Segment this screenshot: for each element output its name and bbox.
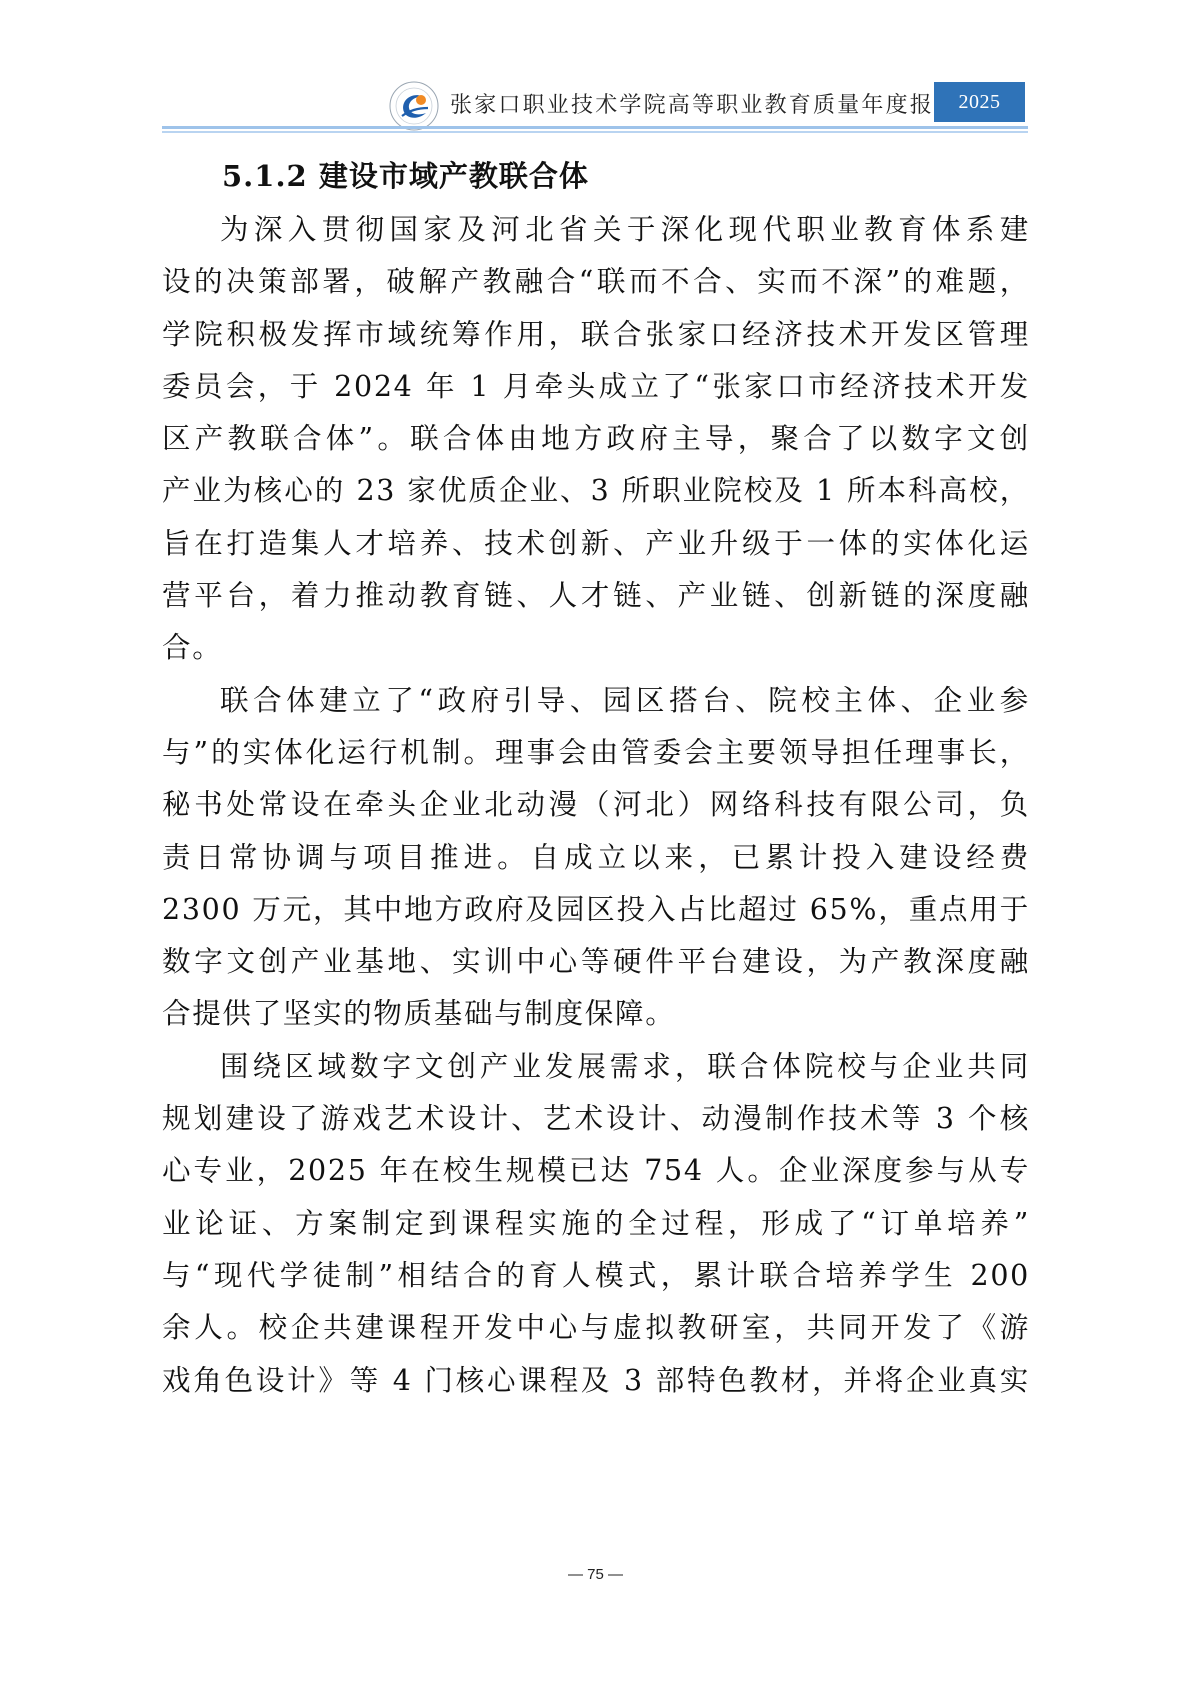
page-header: 张家口职业技术学院高等职业教育质量年度报告 2025 bbox=[0, 0, 1191, 140]
page-number: — 75 — bbox=[0, 1566, 1191, 1583]
college-emblem-icon bbox=[388, 80, 440, 132]
text-line: 旨在打造集人才培养、技术创新、产业升级于一体的实体化运 bbox=[162, 518, 1030, 570]
text-line: 与“现代学徒制”相结合的育人模式，累计联合培养学生 200 bbox=[162, 1250, 1030, 1302]
text-line: 学院积极发挥市域统筹作用，联合张家口经济技术开发区管理 bbox=[162, 309, 1030, 361]
text-line: 余人。校企共建课程开发中心与虚拟教研室，共同开发了《游 bbox=[162, 1302, 1030, 1354]
text-line: 围绕区域数字文创产业发展需求，联合体院校与企业共同 bbox=[162, 1041, 1030, 1093]
text-line: 联合体建立了“政府引导、园区搭台、院校主体、企业参 bbox=[162, 675, 1030, 727]
report-title: 张家口职业技术学院高等职业教育质量年度报告 bbox=[450, 88, 958, 119]
paragraph-3: 围绕区域数字文创产业发展需求，联合体院校与企业共同 规划建设了游戏艺术设计、艺术… bbox=[162, 1041, 1030, 1407]
year-badge: 2025 bbox=[934, 82, 1025, 122]
text-line: 营平台，着力推动教育链、人才链、产业链、创新链的深度融 bbox=[162, 570, 1030, 622]
text-line: 为深入贯彻国家及河北省关于深化现代职业教育体系建 bbox=[162, 204, 1030, 256]
text-line: 数字文创产业基地、实训中心等硬件平台建设，为产教深度融 bbox=[162, 936, 1030, 988]
header-divider bbox=[162, 126, 1028, 129]
text-line: 与”的实体化运行机制。理事会由管委会主要领导担任理事长， bbox=[162, 727, 1030, 779]
paragraph-1: 为深入贯彻国家及河北省关于深化现代职业教育体系建 设的决策部署，破解产教融合“联… bbox=[162, 204, 1030, 675]
text-line: 心专业，2025 年在校生规模已达 754 人。企业深度参与从专 bbox=[162, 1145, 1030, 1197]
text-line: 责日常协调与项目推进。自成立以来，已累计投入建设经费 bbox=[162, 832, 1030, 884]
text-line: 合提供了坚实的物质基础与制度保障。 bbox=[162, 988, 1030, 1040]
page-content: 5.1.2 建设市域产教联合体 为深入贯彻国家及河北省关于深化现代职业教育体系建… bbox=[162, 148, 1030, 1407]
text-line: 设的决策部署，破解产教融合“联而不合、实而不深”的难题， bbox=[162, 256, 1030, 308]
text-line: 合。 bbox=[162, 622, 1030, 674]
text-line: 秘书处常设在牵头企业北动漫（河北）网络科技有限公司，负 bbox=[162, 779, 1030, 831]
text-line: 2300 万元，其中地方政府及园区投入占比超过 65%，重点用于 bbox=[162, 884, 1030, 936]
header-divider-secondary bbox=[162, 131, 1028, 133]
text-line: 委员会，于 2024 年 1 月牵头成立了“张家口市经济技术开发 bbox=[162, 361, 1030, 413]
text-line: 戏角色设计》等 4 门核心课程及 3 部特色教材，并将企业真实 bbox=[162, 1355, 1030, 1407]
text-line: 产业为核心的 23 家优质企业、3 所职业院校及 1 所本科高校， bbox=[162, 465, 1030, 517]
text-line: 规划建设了游戏艺术设计、艺术设计、动漫制作技术等 3 个核 bbox=[162, 1093, 1030, 1145]
section-heading: 5.1.2 建设市域产教联合体 bbox=[162, 148, 1030, 204]
text-line: 业论证、方案制定到课程实施的全过程，形成了“订单培养” bbox=[162, 1198, 1030, 1250]
paragraph-2: 联合体建立了“政府引导、园区搭台、院校主体、企业参 与”的实体化运行机制。理事会… bbox=[162, 675, 1030, 1041]
text-line: 区产教联合体”。联合体由地方政府主导，聚合了以数字文创 bbox=[162, 413, 1030, 465]
